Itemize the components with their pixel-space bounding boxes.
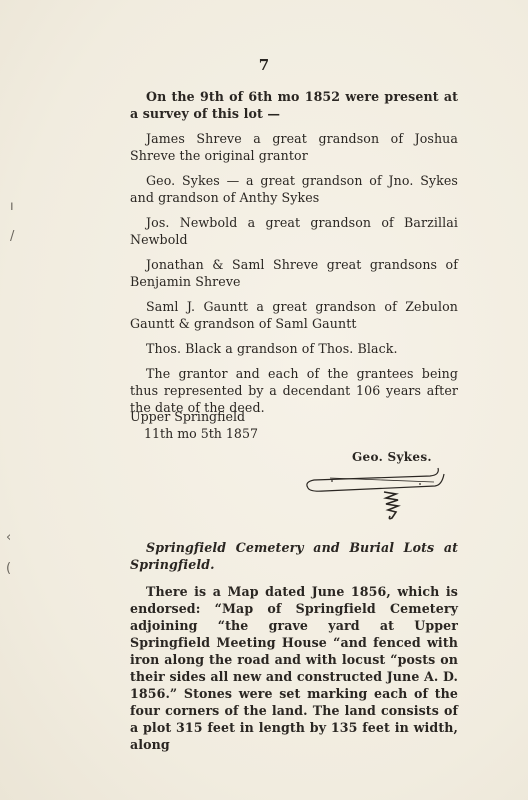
place: Upper Springfield: [130, 408, 258, 425]
place-date: Upper Springfield 11th mo 5th 1857: [130, 408, 258, 442]
date: 11th mo 5th 1857: [130, 425, 258, 442]
document-page: 7 ı / ‹ ( On the 9th of 6th mo 1852 were…: [0, 0, 528, 800]
cemetery-section: Springfield Cemetery and Burial Lots at …: [130, 539, 458, 753]
margin-mark: ı: [10, 199, 14, 214]
margin-mark: (: [6, 561, 11, 576]
attendee-item: Geo. Sykes — a great grandson of Jno. Sy…: [130, 172, 458, 206]
margin-mark: ‹: [6, 530, 11, 545]
attendee-item: Jos. Newbold a great grandson of Barzill…: [130, 214, 458, 248]
attendee-item: Saml J. Gauntt a great grandson of Zebul…: [130, 298, 458, 332]
section-body: There is a Map dated June 1856, which is…: [130, 583, 458, 753]
signature-flourish-icon: [300, 462, 450, 520]
attendee-item: Thos. Black a grandson of Thos. Black.: [130, 340, 458, 357]
attendee-item: James Shreve a great grandson of Joshua …: [130, 130, 458, 164]
attendee-item: Jonathan & Saml Shreve great grandsons o…: [130, 256, 458, 290]
section-heading: Springfield Cemetery and Burial Lots at …: [130, 539, 458, 573]
signature: Geo. Sykes.: [300, 448, 450, 518]
margin-mark: /: [10, 229, 14, 244]
page-number: 7: [0, 56, 528, 74]
survey-section: On the 9th of 6th mo 1852 were present a…: [130, 88, 458, 416]
survey-intro: On the 9th of 6th mo 1852 were present a…: [130, 88, 458, 122]
